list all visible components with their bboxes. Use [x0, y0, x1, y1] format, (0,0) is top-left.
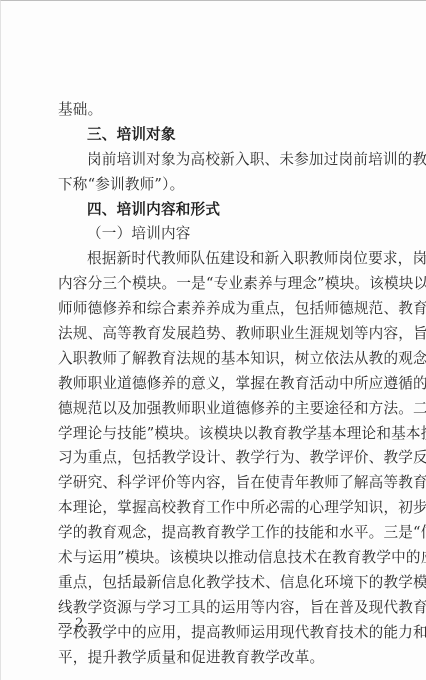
- text-line: 法规、高等教育发展趋势、教师职业生涯规划等内容，旨在使新: [58, 322, 376, 347]
- text-line: 本理论，掌握高校教育工作中所必需的心理学知识，初步确立科: [58, 496, 376, 521]
- text-line: 学的教育观念，提高教育教学工作的技能和水平。三是“信息技: [58, 521, 376, 546]
- text-line: 学理论与技能”模块。该模块以教育教学基本理论和基本技能学: [58, 422, 376, 447]
- text-line: 根据新时代教师队伍建设和新入职教师岗位要求，岗前培训: [58, 247, 376, 272]
- text-line: 入职教师了解教育法规的基本知识，树立依法从教的观念；明确: [58, 347, 376, 372]
- text-line: 平，提升教学质量和促进教育教学改革。: [58, 646, 376, 671]
- page-number: — 2 —: [58, 616, 101, 631]
- text-line: 线教学资源与学习工具的运用等内容，旨在普及现代教育技术在: [58, 596, 376, 621]
- section-heading-training-targets: 三、培训对象: [58, 123, 376, 148]
- text-line: 基础。: [58, 98, 376, 123]
- text-line: 师师德修养和综合素养养成为重点，包括师德规范、教育政策与: [58, 297, 376, 322]
- text-line: 岗前培训对象为高校新入职、未参加过岗前培训的教师（以: [58, 148, 376, 173]
- text-line: 习为重点，包括教学设计、教学行为、教学评价、教学反思与科: [58, 446, 376, 471]
- section-heading-training-content-form: 四、培训内容和形式: [58, 198, 376, 223]
- text-line: 德规范以及加强教师职业道德修养的主要途径和方法。二是“教: [58, 397, 376, 422]
- text-line: 下称“参训教师”）。: [58, 173, 376, 198]
- text-line: 内容分三个模块。一是“专业素养与理念”模块。该模块以高校教: [58, 272, 376, 297]
- text-line: 学研究、科学评价等内容，旨在使青年教师了解高等教育学的基: [58, 471, 376, 496]
- text-line: 学校教学中的应用，提高教师运用现代教育技术的能力和应用水: [58, 621, 376, 646]
- text-line: 术与运用”模块。该模块以推动信息技术在教育教学中的应用为: [58, 546, 376, 571]
- document-body: 基础。 三、培训对象 岗前培训对象为高校新入职、未参加过岗前培训的教师（以 下称…: [58, 98, 376, 670]
- text-line: 重点，包括最新信息化教学技术、信息化环境下的教学模式、在: [58, 571, 376, 596]
- document-page: 基础。 三、培训对象 岗前培训对象为高校新入职、未参加过岗前培训的教师（以 下称…: [0, 0, 426, 680]
- text-line: 教师职业道德修养的意义，掌握在教育活动中所应遵循的基本道: [58, 372, 376, 397]
- subsection-heading-training-content: （一）培训内容: [58, 222, 376, 247]
